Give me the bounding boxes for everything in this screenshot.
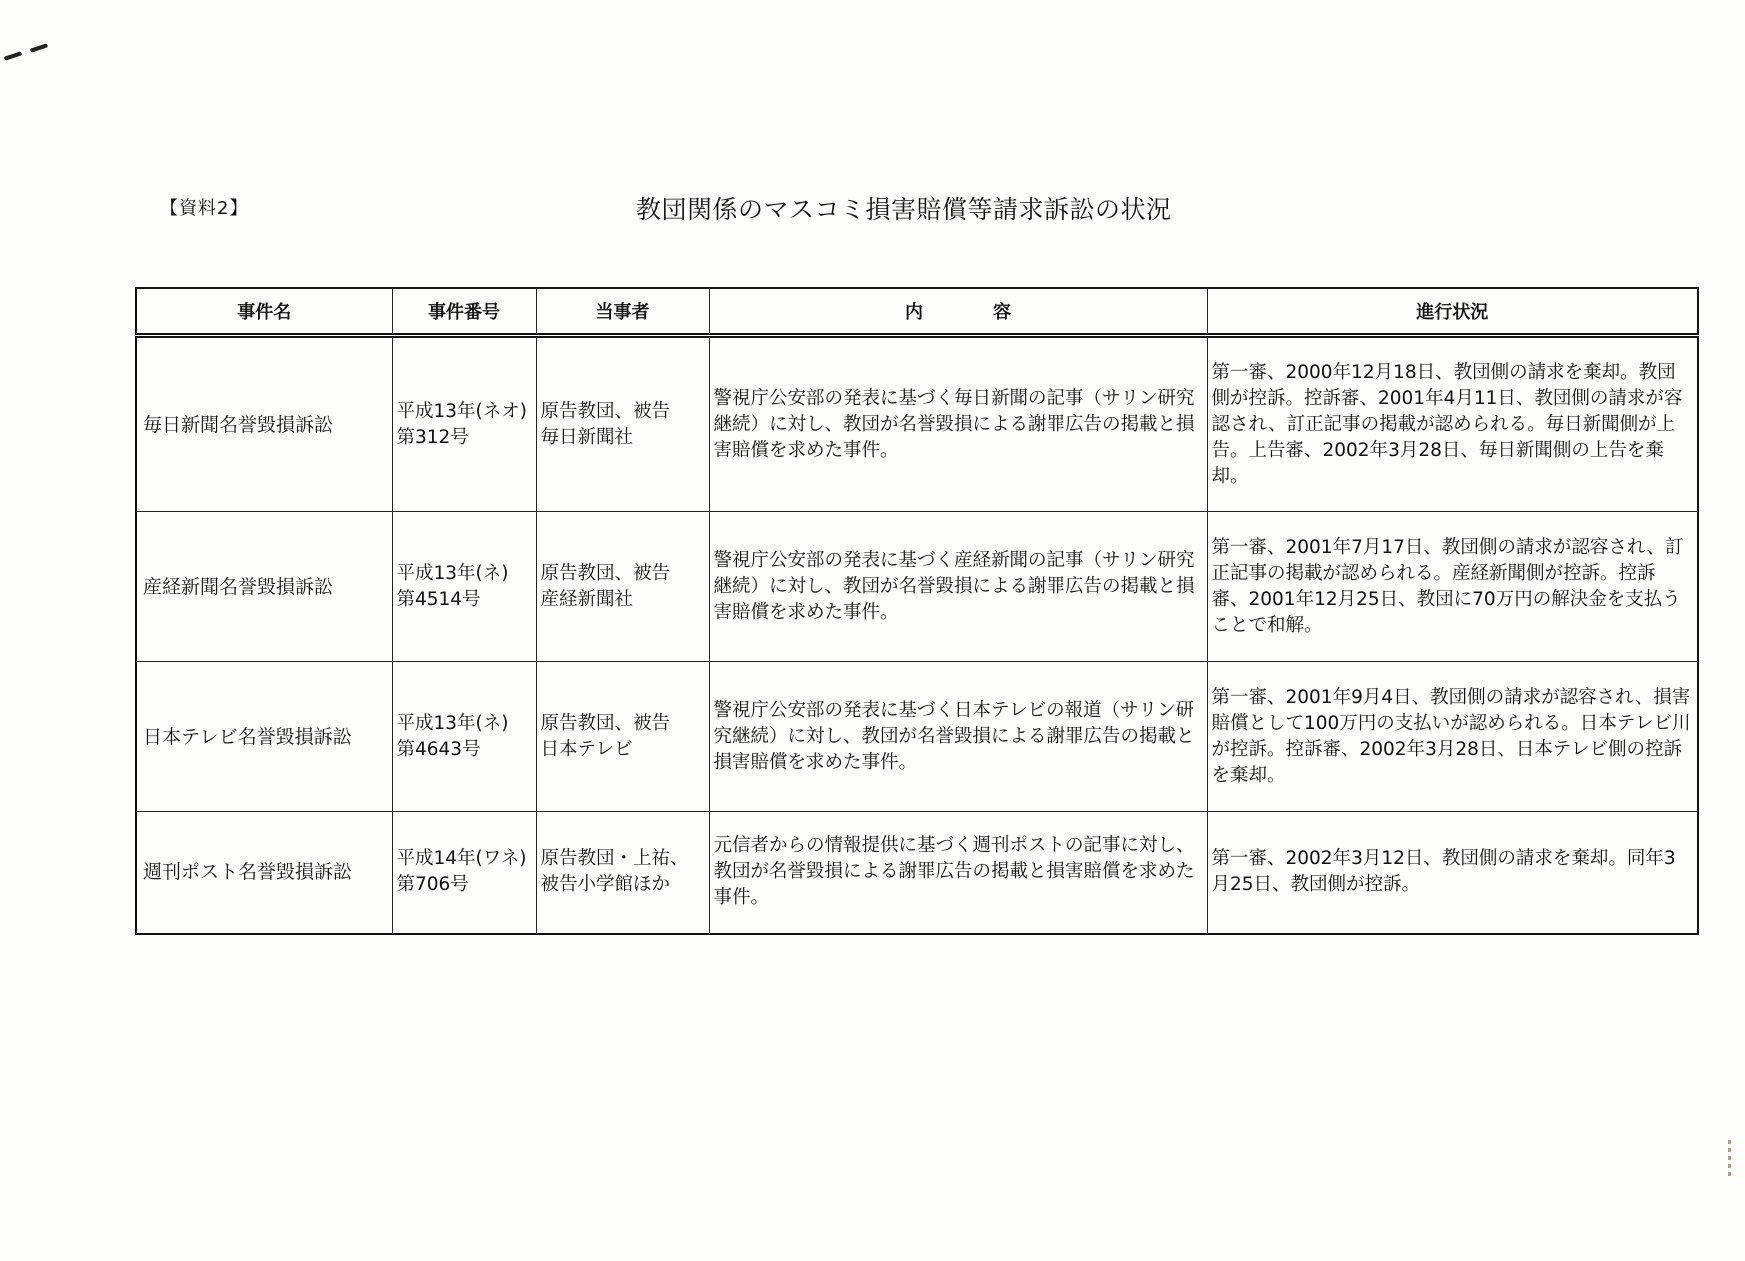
status-cell: 第一審、2002年3月12日、教団側の請求を棄却。同年3月25日、教団側が控訴。: [1207, 812, 1698, 934]
status-cell: 第一審、2001年7月17日、教団側の請求が認容され、訂正記事の掲載が認められる…: [1207, 512, 1698, 662]
case-number-cell: 平成14年(ワネ)第706号: [392, 812, 536, 934]
content-cell: 元信者からの情報提供に基づく週刊ポストの記事に対し、教団が名誉毀損による謝罪広告…: [709, 812, 1207, 934]
status-cell: 第一審、2000年12月18日、教団側の請求を棄却。教団側が控訴。控訴審、200…: [1207, 336, 1698, 512]
lawsuit-status-table: 事件名 事件番号 当事者 内容 進行状況 毎日新聞名誉毀損訴訟 平成13年(ネオ…: [135, 287, 1699, 935]
table-row: 毎日新聞名誉毀損訴訟 平成13年(ネオ)第312号 原告教団、被告毎日新聞社 警…: [136, 336, 1698, 512]
document-title: 教団関係のマスコミ損害賠償等請求訴訟の状況: [636, 190, 1172, 226]
header-status: 進行状況: [1207, 288, 1698, 336]
case-number-cell: 平成13年(ネ)第4643号: [392, 662, 536, 812]
case-name-cell: 日本テレビ名誉毀損訴訟: [136, 662, 392, 812]
status-cell: 第一審、2001年9月4日、教団側の請求が認容され、損害賠償として100万円の支…: [1207, 662, 1698, 812]
document-label: 【資料2】: [160, 194, 248, 220]
header-content: 内容: [709, 288, 1207, 336]
table-row: 産経新聞名誉毀損訴訟 平成13年(ネ)第4514号 原告教団、被告産経新聞社 警…: [136, 512, 1698, 662]
table-row: 週刊ポスト名誉毀損訴訟 平成14年(ワネ)第706号 原告教団・上祐、被告小学館…: [136, 812, 1698, 934]
content-cell: 警視庁公安部の発表に基づく産経新聞の記事（サリン研究継続）に対し、教団が名誉毀損…: [709, 512, 1207, 662]
scan-edge-artifact: [1728, 1140, 1731, 1180]
content-cell: 警視庁公安部の発表に基づく日本テレビの報道（サリン研究継続）に対し、教団が名誉毀…: [709, 662, 1207, 812]
parties-cell: 原告教団、被告産経新聞社: [536, 512, 709, 662]
parties-cell: 原告教団、被告日本テレビ: [536, 662, 709, 812]
header-case-number: 事件番号: [392, 288, 536, 336]
content-cell: 警視庁公安部の発表に基づく毎日新聞の記事（サリン研究継続）に対し、教団が名誉毀損…: [709, 336, 1207, 512]
parties-cell: 原告教団、被告毎日新聞社: [536, 336, 709, 512]
header-case-name: 事件名: [136, 288, 392, 336]
table-row: 日本テレビ名誉毀損訴訟 平成13年(ネ)第4643号 原告教団、被告日本テレビ …: [136, 662, 1698, 812]
case-number-cell: 平成13年(ネオ)第312号: [392, 336, 536, 512]
case-number-cell: 平成13年(ネ)第4514号: [392, 512, 536, 662]
case-name-cell: 毎日新聞名誉毀損訴訟: [136, 336, 392, 512]
case-name-cell: 産経新聞名誉毀損訴訟: [136, 512, 392, 662]
parties-cell: 原告教団・上祐、被告小学館ほか: [536, 812, 709, 934]
table-header-row: 事件名 事件番号 当事者 内容 進行状況: [136, 288, 1698, 336]
header-parties: 当事者: [536, 288, 709, 336]
case-name-cell: 週刊ポスト名誉毀損訴訟: [136, 812, 392, 934]
scan-artifact-mark: [4, 44, 48, 60]
